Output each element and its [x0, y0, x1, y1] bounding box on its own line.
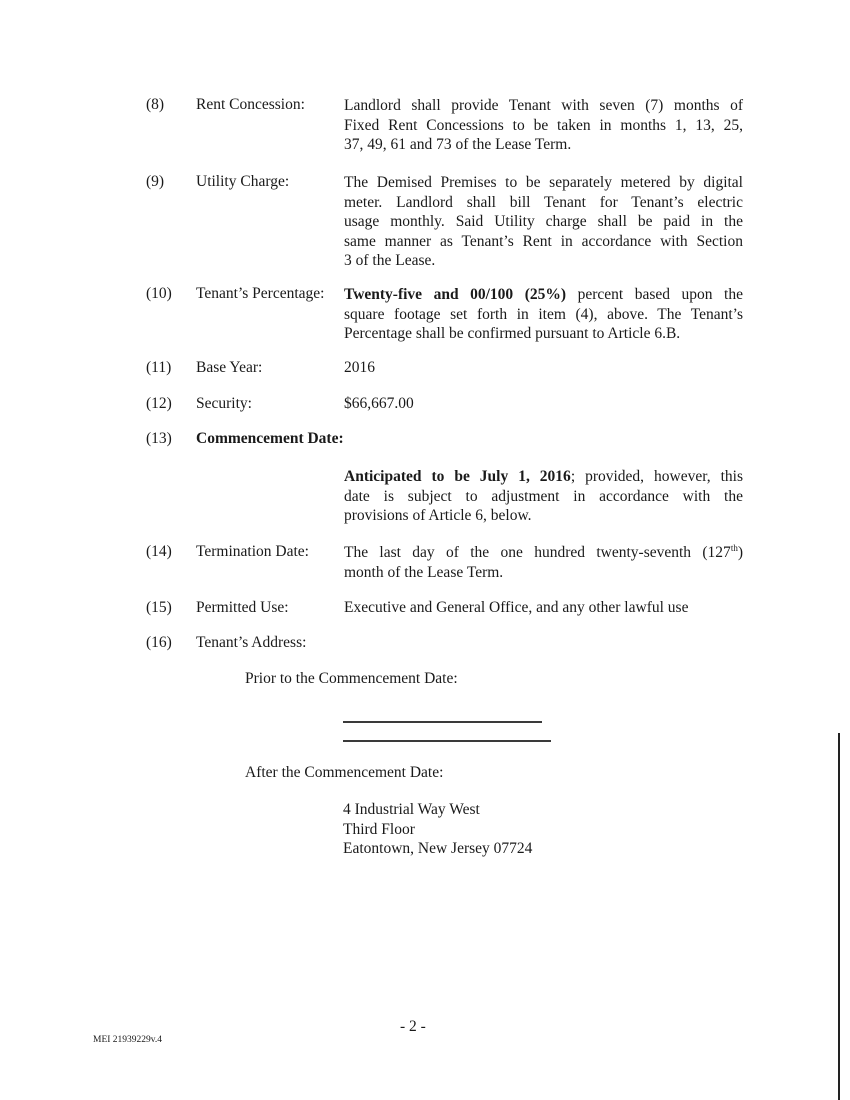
blank-address-line	[343, 721, 542, 723]
base-year-value: 2016	[344, 359, 375, 377]
termination-date-text: The last day of the one hundred twenty-s…	[344, 543, 743, 582]
permitted-use-value: Executive and General Office, and any ot…	[344, 599, 688, 617]
item-label-utility-charge: Utility Charge:	[196, 173, 289, 191]
text-span: The last day of the one hundred twenty-s…	[344, 544, 731, 561]
item-number: (13)	[146, 430, 172, 448]
text-line: provisions of Article 6, below.	[344, 506, 743, 526]
tenant-address-block: 4 Industrial Way West Third Floor Eatont…	[343, 800, 532, 859]
text-line: month of the Lease Term.	[344, 563, 743, 583]
utility-charge-text: The Demised Premises to be separately me…	[344, 173, 743, 271]
percentage-bold: Twenty-five and 00/100 (25%)	[344, 286, 566, 303]
tenants-percentage-text: Twenty-five and 00/100 (25%) percent bas…	[344, 285, 743, 344]
page-number: - 2 -	[400, 1018, 426, 1036]
text-line: The last day of the one hundred twenty-s…	[344, 543, 743, 563]
text-line: 37, 49, 61 and 73 of the Lease Term.	[344, 135, 743, 155]
text-line: Percentage shall be confirmed pursuant t…	[344, 324, 743, 344]
prior-commencement-label: Prior to the Commencement Date:	[245, 670, 458, 688]
item-label-tenants-percentage: Tenant’s Percentage:	[196, 285, 324, 303]
text-line: same manner as Tenant’s Rent in accordan…	[344, 232, 743, 252]
item-label-termination-date: Termination Date:	[196, 543, 309, 561]
security-value: $66,667.00	[344, 395, 414, 413]
after-commencement-label: After the Commencement Date:	[245, 764, 443, 782]
scan-edge-line	[838, 733, 840, 1100]
text-span: )	[738, 544, 743, 561]
address-line: Third Floor	[343, 820, 532, 840]
item-number: (14)	[146, 543, 172, 561]
text-line: meter. Landlord shall bill Tenant for Te…	[344, 193, 743, 213]
rent-concession-text: Landlord shall provide Tenant with seven…	[344, 96, 743, 155]
item-label-tenants-address: Tenant’s Address:	[196, 634, 306, 652]
item-label-rent-concession: Rent Concession:	[196, 96, 305, 114]
document-id: MEI 21939229v.4	[93, 1035, 162, 1045]
text-line: 3 of the Lease.	[344, 251, 743, 271]
anticipated-date-bold: Anticipated to be July 1, 2016	[344, 468, 571, 485]
address-line: Eatontown, New Jersey 07724	[343, 839, 532, 859]
item-label-permitted-use: Permitted Use:	[196, 599, 289, 617]
text-line: Anticipated to be July 1, 2016; provided…	[344, 467, 743, 487]
text-line: square footage set forth in item (4), ab…	[344, 305, 743, 325]
item-number: (16)	[146, 634, 172, 652]
text-line: Fixed Rent Concessions to be taken in mo…	[344, 116, 743, 136]
item-number: (12)	[146, 395, 172, 413]
item-label-security: Security:	[196, 395, 252, 413]
blank-address-line	[343, 740, 551, 742]
text-line: The Demised Premises to be separately me…	[344, 173, 743, 193]
ordinal-suffix: th	[731, 543, 738, 553]
text-span: percent based upon the	[566, 286, 743, 303]
text-line: usage monthly. Said Utility charge shall…	[344, 212, 743, 232]
text-line: date is subject to adjustment in accorda…	[344, 487, 743, 507]
commencement-date-text: Anticipated to be July 1, 2016; provided…	[344, 467, 743, 526]
text-span: ; provided, however, this	[571, 468, 743, 485]
item-number: (8)	[146, 96, 164, 114]
text-line: Landlord shall provide Tenant with seven…	[344, 96, 743, 116]
address-line: 4 Industrial Way West	[343, 800, 532, 820]
item-number: (10)	[146, 285, 172, 303]
item-number: (9)	[146, 173, 164, 191]
text-line: Twenty-five and 00/100 (25%) percent bas…	[344, 285, 743, 305]
item-number: (11)	[146, 359, 171, 377]
item-number: (15)	[146, 599, 172, 617]
item-label-base-year: Base Year:	[196, 359, 262, 377]
item-label-commencement-date: Commencement Date:	[196, 430, 344, 448]
